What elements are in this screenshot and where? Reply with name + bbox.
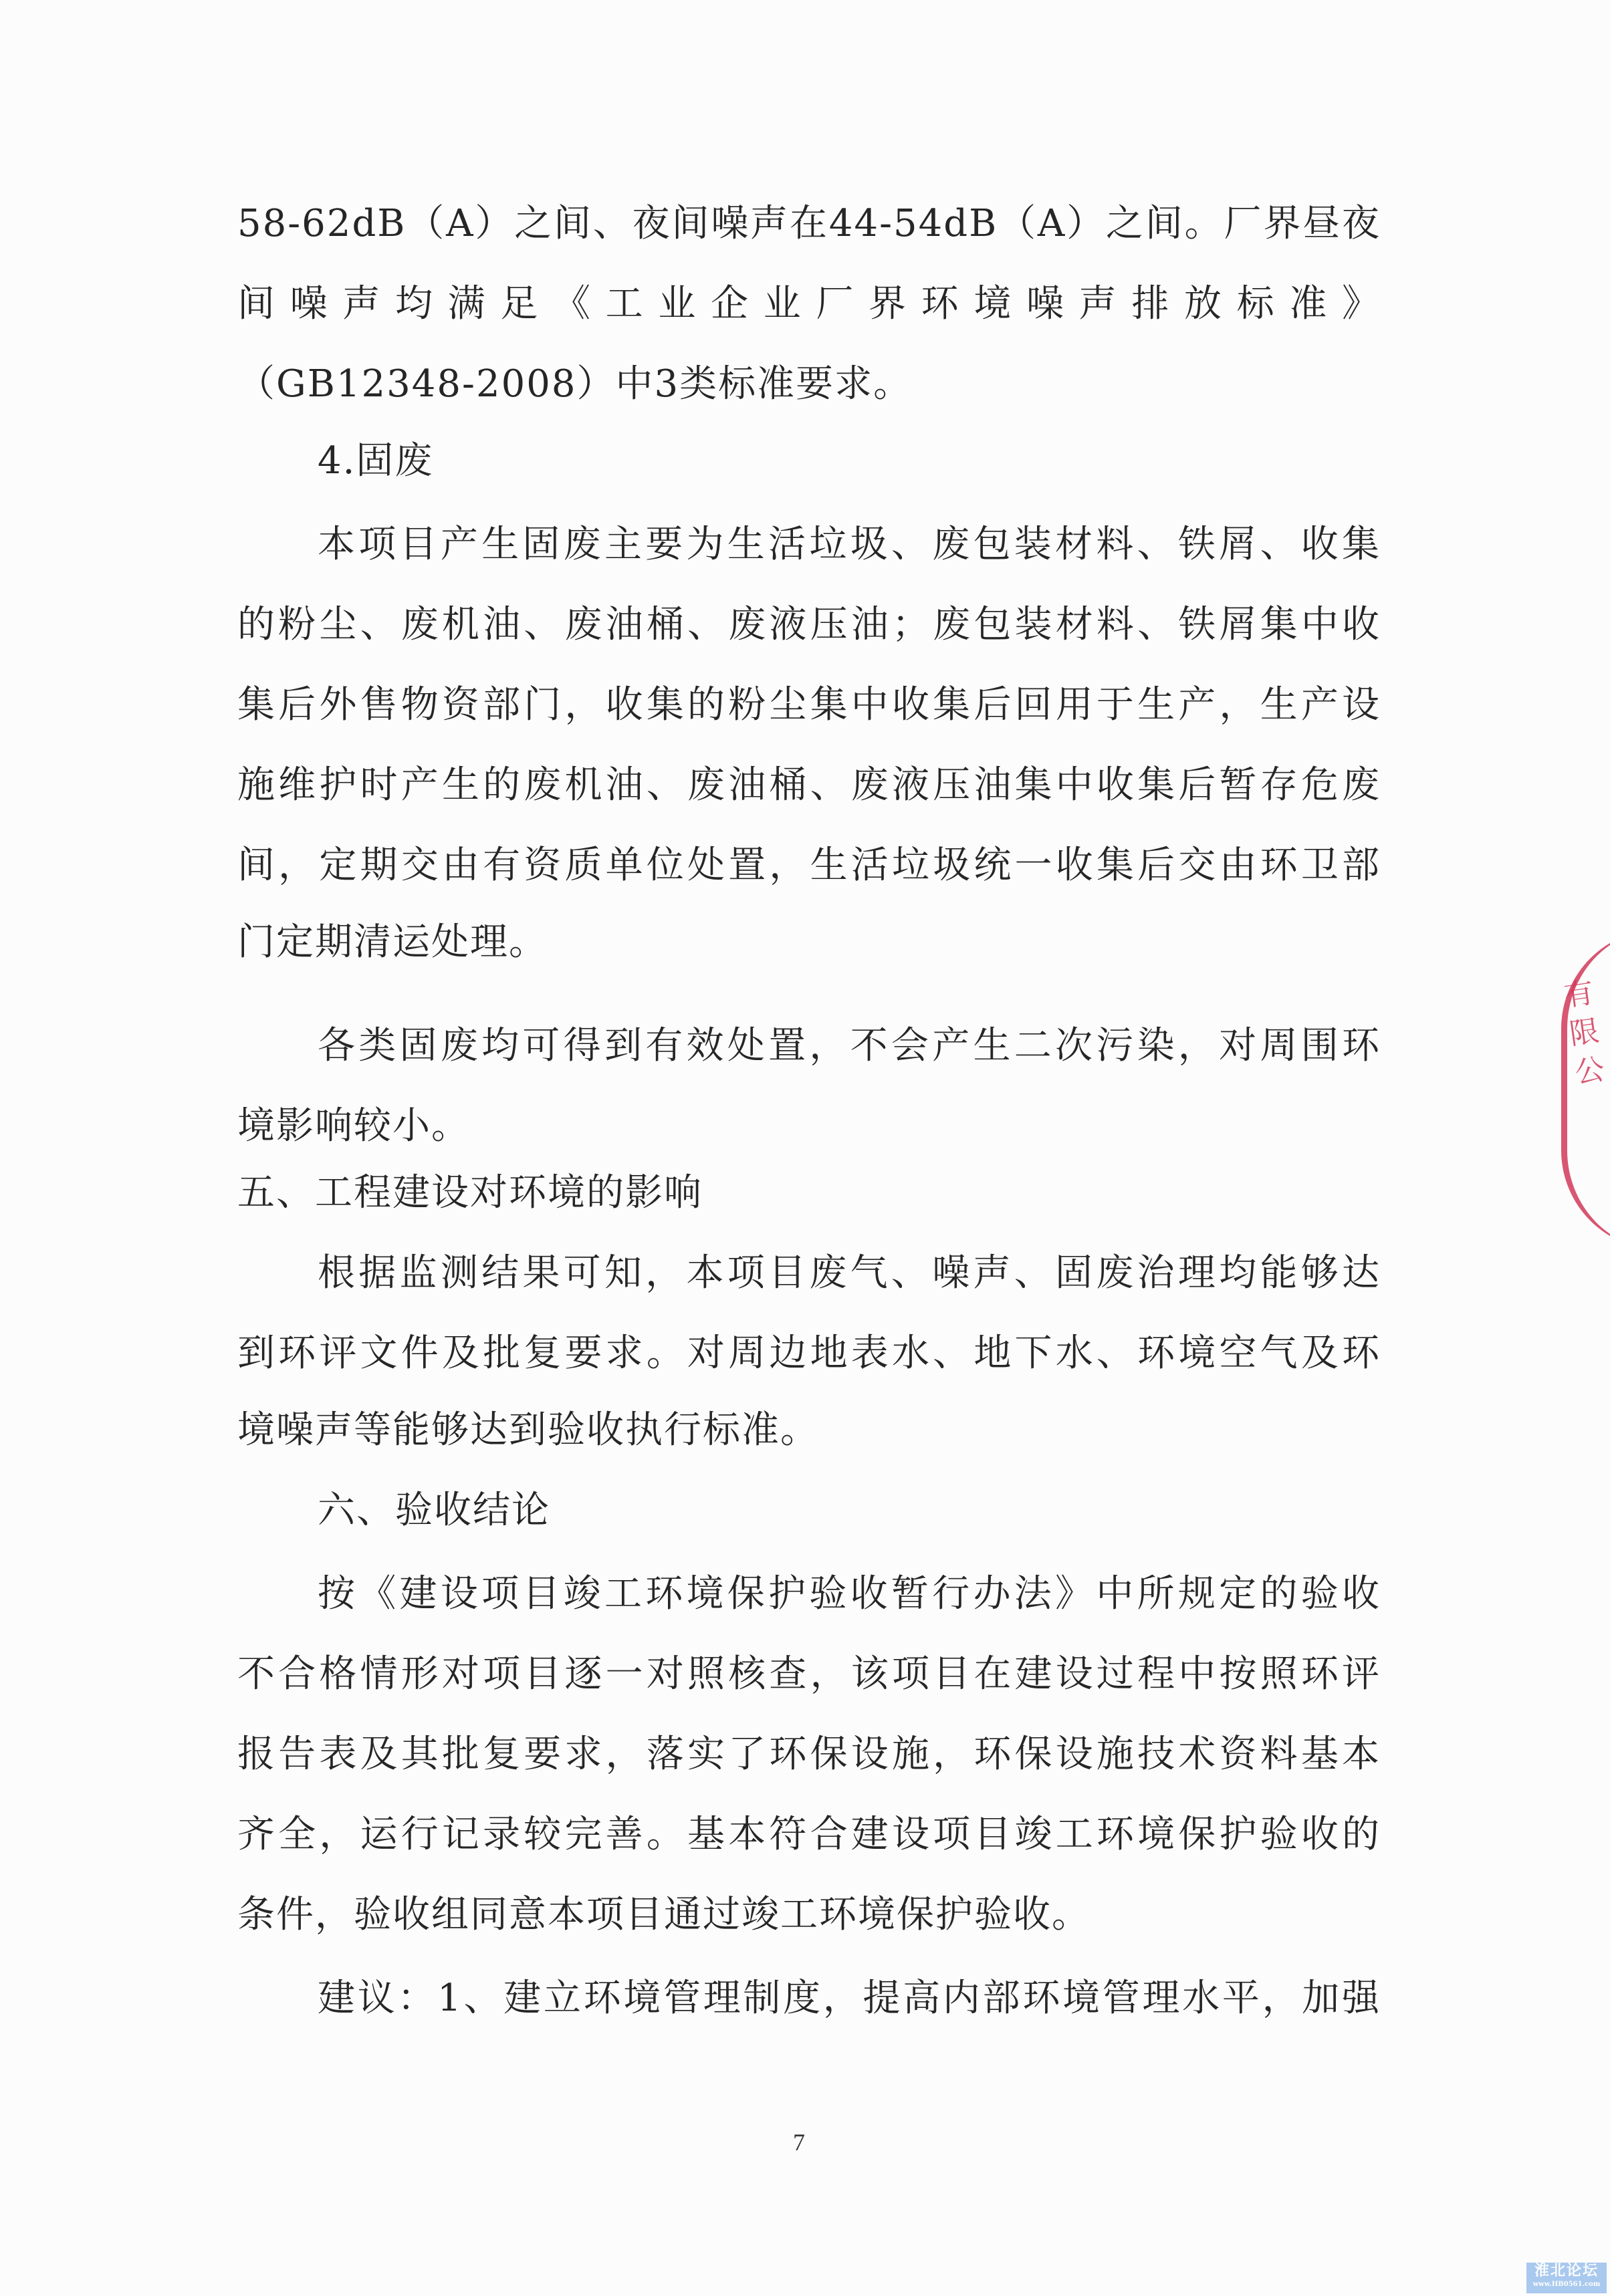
- stamp-text: 有 限 公: [1577, 975, 1610, 1084]
- watermark-title: 淮北论坛: [1526, 2263, 1607, 2280]
- body-line-1: 58-62dB（A）之间、夜间噪声在44-54dB（A）之间。厂界昼夜: [237, 201, 1381, 247]
- body-line-22: 条件，验收组同意本项目通过竣工环境保护验收。: [237, 1892, 1381, 1938]
- body-line-14: 根据监测结果可知，本项目废气、噪声、固废治理均能够达: [318, 1250, 1381, 1297]
- section-heading-solid-waste: 4.固废: [318, 438, 1381, 485]
- body-line-20: 报告表及其批复要求，落实了环保设施，环保设施技术资料基本: [237, 1731, 1381, 1778]
- body-line-15: 到环评文件及批复要求。对周边地表水、地下水、环境空气及环: [237, 1330, 1381, 1377]
- body-line-18: 按《建设项目竣工环境保护验收暂行办法》中所规定的验收: [318, 1571, 1381, 1618]
- page-number: 7: [793, 2128, 805, 2157]
- body-line-3: （GB12348-2008）中3类标准要求。: [237, 361, 1381, 408]
- body-line-2: 间噪声均满足《工业企业厂界环境噪声排放标准》: [237, 281, 1381, 328]
- body-line-11: 各类固废均可得到有效处置，不会产生二次污染，对周围环: [318, 1023, 1381, 1069]
- body-line-5: 本项目产生固废主要为生活垃圾、废包装材料、铁屑、收集: [318, 521, 1381, 568]
- body-line-9: 间，定期交由有资质单位处置，生活垃圾统一收集后交由环卫部: [237, 842, 1381, 889]
- body-line-10: 门定期清运处理。: [237, 919, 1381, 966]
- body-line-6: 的粉尘、废机油、废油桶、废液压油；废包装材料、铁屑集中收: [237, 602, 1381, 648]
- section-heading-6: 六、验收结论: [318, 1487, 1381, 1534]
- body-line-12: 境影响较小。: [237, 1103, 1381, 1150]
- body-line-21: 齐全，运行记录较完善。基本符合建设项目竣工环境保护验收的: [237, 1811, 1381, 1858]
- body-line-7: 集后外售物资部门，收集的粉尘集中收集后回用于生产，生产设: [237, 682, 1381, 729]
- site-watermark: 淮北论坛 www.HB0561.com: [1526, 2263, 1607, 2293]
- section-heading-5: 五、工程建设对环境的影响: [237, 1170, 1381, 1217]
- body-line-23: 建议：1、建立环境管理制度，提高内部环境管理水平，加强: [318, 1975, 1381, 2022]
- body-line-19: 不合格情形对项目逐一对照核查，该项目在建设过程中按照环评: [237, 1651, 1381, 1698]
- document-page: 58-62dB（A）之间、夜间噪声在44-54dB（A）之间。厂界昼夜 间噪声均…: [0, 0, 1610, 2296]
- body-line-16: 境噪声等能够达到验收执行标准。: [237, 1407, 1381, 1454]
- watermark-url: www.HB0561.com: [1526, 2280, 1607, 2289]
- body-line-8: 施维护时产生的废机油、废油桶、废液压油集中收集后暂存危废: [237, 762, 1381, 809]
